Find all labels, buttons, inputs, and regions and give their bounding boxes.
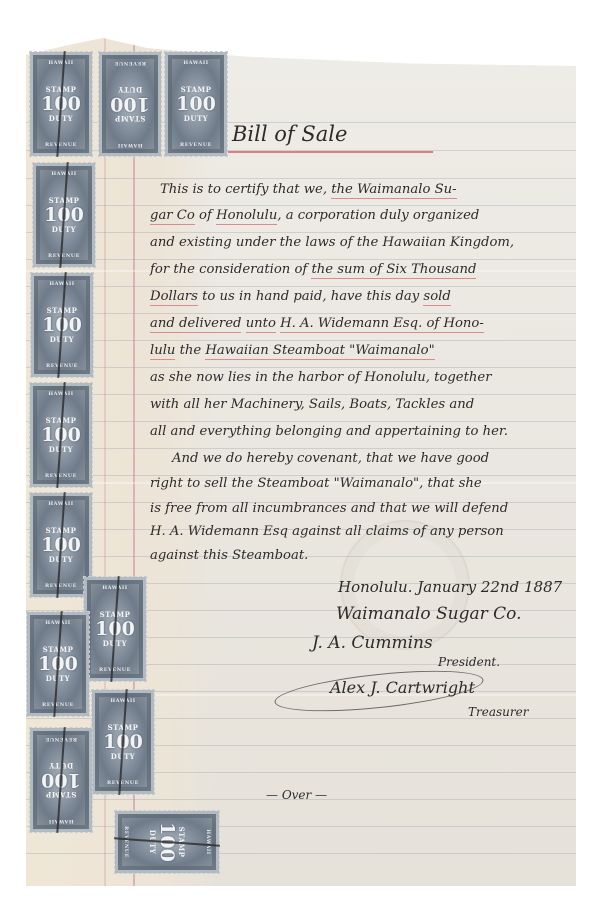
revenue-stamp: HAWAII STAMP 100 DUTY REVENUE [165, 52, 227, 156]
ruled-line [26, 178, 576, 179]
ruled-line [26, 313, 576, 314]
revenue-stamp-inverted: HAWAII STAMP 100 DUTY REVENUE [30, 728, 92, 832]
signature-treasurer: Alex J. Cartwright [330, 678, 475, 697]
revenue-stamp: HAWAII STAMP 100 DUTY REVENUE [84, 577, 146, 681]
body-line-5: Dollars to us in hand paid, have this da… [150, 289, 451, 304]
title-treasurer: Treasurer [468, 705, 528, 719]
revenue-stamp: HAWAII STAMP 100 DUTY REVENUE [31, 273, 93, 377]
revenue-stamp: HAWAII STAMP 100 DUTY REVENUE [92, 690, 154, 794]
ruled-line [26, 232, 576, 233]
ruled-line [26, 826, 576, 827]
body-line-4: for the consideration of the sum of Six … [150, 262, 476, 277]
ruled-line [26, 259, 576, 260]
ruled-line [26, 367, 576, 368]
body-line-8: as she now lies in the harbor of Honolul… [150, 370, 492, 385]
ruled-line [26, 205, 576, 206]
body-line-1: This is to certify that we, the Waimanal… [160, 182, 457, 197]
body-line-3: and existing under the laws of the Hawai… [150, 235, 514, 250]
revenue-stamp: HAWAII STAMP 100 DUTY REVENUE [30, 493, 92, 597]
place-date: Honolulu. January 22nd 1887 [338, 578, 562, 596]
ruled-line [26, 853, 576, 854]
ruled-line [26, 421, 576, 422]
ruled-line [26, 286, 576, 287]
body-line-14: H. A. Widemann Esq against all claims of… [150, 524, 504, 539]
company-name: Waimanalo Sugar Co. [336, 604, 521, 624]
signature-president: J. A. Cummins [312, 633, 433, 653]
revenue-stamp: HAWAII STAMP 100 DUTY REVENUE [27, 612, 89, 716]
over-note: — Over — [266, 788, 327, 802]
body-line-7: lulu the Hawaiian Steamboat "Waimanalo" [150, 343, 435, 358]
ruled-line [26, 340, 576, 341]
revenue-stamp-rotated: HAWAII STAMP 100 DUTY REVENUE [115, 811, 219, 873]
revenue-stamp: HAWAII STAMP 100 DUTY REVENUE [30, 383, 92, 487]
revenue-stamp: HAWAII STAMP 100 DUTY REVENUE [30, 52, 92, 156]
body-line-13: is free from all incumbrances and that w… [150, 501, 508, 516]
ruled-line [26, 394, 576, 395]
body-line-12: right to sell the Steamboat "Waimanalo",… [150, 476, 482, 491]
body-line-15: against this Steamboat. [150, 548, 308, 563]
body-line-10: all and everything belonging and apperta… [150, 424, 508, 439]
document-title: Bill of Sale [232, 122, 347, 146]
title-underline [228, 151, 433, 153]
body-line-9: with all her Machinery, Sails, Boats, Ta… [150, 397, 474, 412]
title-president: President. [438, 655, 500, 669]
body-line-11: And we do hereby covenant, that we have … [172, 451, 489, 466]
ruled-line [26, 448, 576, 449]
body-line-2: gar Co of Honolulu, a corporation duly o… [150, 208, 479, 223]
body-line-6: and delivered unto H. A. Widemann Esq. o… [150, 316, 484, 331]
revenue-stamp: HAWAII STAMP 100 DUTY REVENUE [33, 163, 95, 267]
revenue-stamp-inverted: HAWAII STAMP 100 DUTY REVENUE [99, 52, 161, 156]
